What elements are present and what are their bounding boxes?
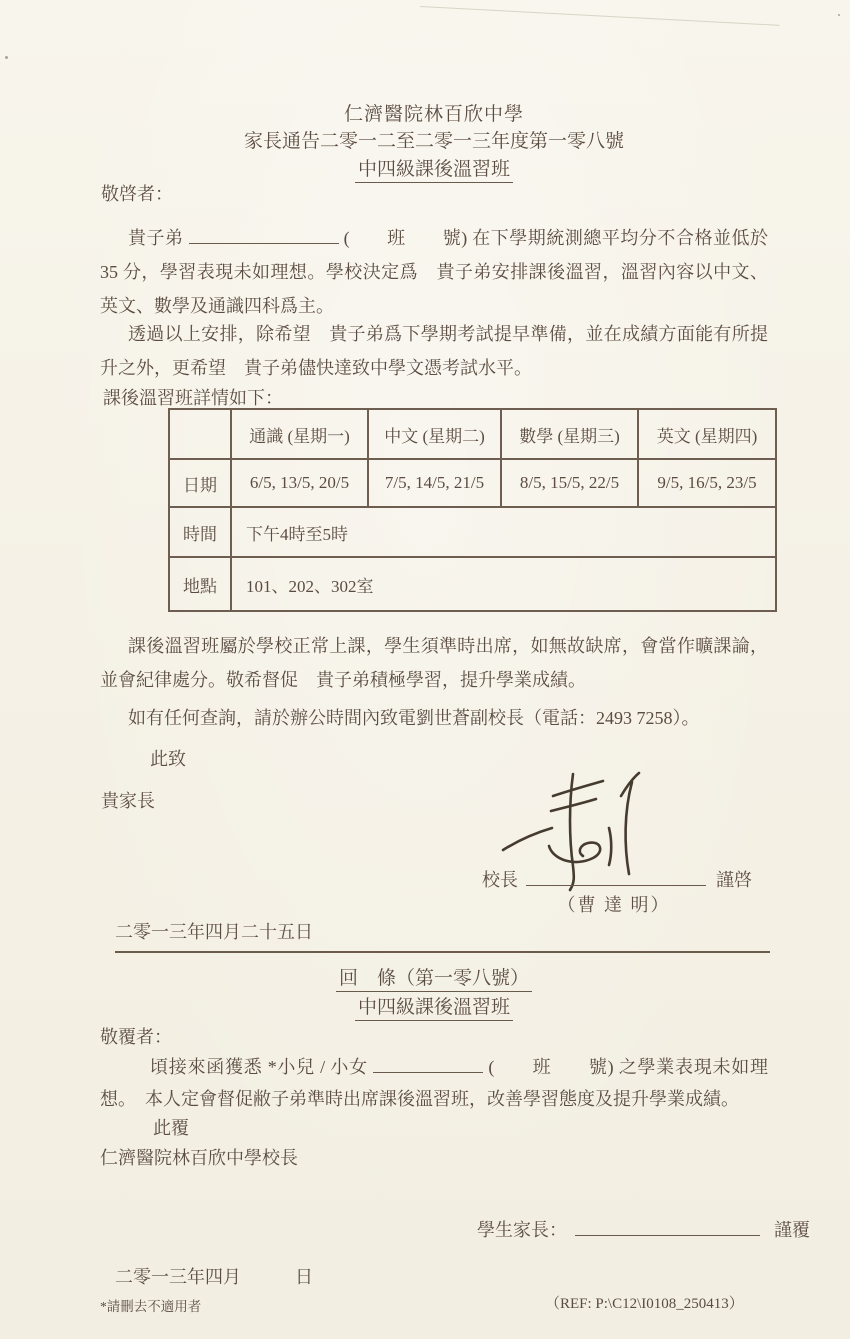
table-corner-cell xyxy=(169,409,231,459)
reply-closing-principal: 仁濟醫院林百欣中學校長 xyxy=(100,1144,298,1170)
scan-crease xyxy=(420,6,780,26)
parent-label: 學生家長： xyxy=(477,1220,567,1240)
table-intro: 課後溫習班詳情如下： xyxy=(103,384,283,410)
parent-signature-blank xyxy=(575,1217,760,1236)
table-header-row: 通識 (星期一) 中文 (星期二) 數學 (星期三) 英文 (星期四) xyxy=(169,409,776,459)
reply-salutation: 敬覆者： xyxy=(100,1023,172,1049)
reply-slip-title-text: 回 條（第一零八號） xyxy=(336,968,532,992)
letter-closing-cizhi: 此致 xyxy=(150,745,186,771)
schedule-table: 通識 (星期一) 中文 (星期二) 數學 (星期三) 英文 (星期四) 日期 6… xyxy=(168,408,777,612)
parent-closing: 謹覆 xyxy=(774,1220,810,1240)
table-row-venue: 地點 101、202、302室 xyxy=(169,557,776,611)
principal-closing: 謹啓 xyxy=(716,870,752,890)
row-label-time: 時間 xyxy=(169,507,231,557)
dates-maths: 8/5, 15/5, 22/5 xyxy=(501,459,638,507)
notice-title-text: 中四級課後溫習班 xyxy=(355,159,513,183)
venue-value: 101、202、302室 xyxy=(231,557,776,611)
scan-speck xyxy=(5,56,8,59)
header-liberal-studies: 通識 (星期一) xyxy=(231,409,368,459)
delete-inapplicable-footnote: *請刪去不適用者 xyxy=(100,1295,201,1315)
time-value: 下午4時至5時 xyxy=(231,507,776,557)
table-row-time: 時間 下午4時至5時 xyxy=(169,507,776,557)
letter-date: 二零一三年四月二十五日 xyxy=(115,918,313,944)
reply-closing-cifu: 此覆 xyxy=(153,1114,189,1140)
dates-chinese: 7/5, 14/5, 21/5 xyxy=(368,459,501,507)
header-chinese: 中文 (星期二) xyxy=(368,409,501,459)
student-name-blank xyxy=(189,225,339,244)
para1-lead: 貴子弟 xyxy=(128,228,184,248)
letter-paragraph-2: 透過以上安排，除希望 貴子弟爲下學期考試提早準備，並在成績方面能有所提升之外，更… xyxy=(100,317,768,385)
reply-slip-subtitle-text: 中四級課後溫習班 xyxy=(355,997,513,1021)
letter-salutation: 敬啓者： xyxy=(101,180,173,206)
principal-name: （曹 達 明） xyxy=(524,891,704,917)
parent-sign-row: 學生家長：謹覆 xyxy=(477,1216,810,1242)
letter-paragraph-4: 如有任何查詢，請於辦公時間內致電劉世蒼副校長（電話：2493 7258）。 xyxy=(100,701,768,735)
reply-slip-title: 回 條（第一零八號） xyxy=(100,963,768,990)
row-label-venue: 地點 xyxy=(169,557,231,611)
dates-english: 9/5, 16/5, 23/5 xyxy=(638,459,776,507)
reply-para-lead: 頃接來函獲悉 *小兒 / 小女 xyxy=(150,1057,368,1077)
notice-number: 家長通告二零一二至二零一三年度第一零八號 xyxy=(100,126,768,153)
letter-paragraph-3: 課後溫習班屬於學校正常上課，學生須準時出席，如無故缺席，會當作曠課論，並會紀律處… xyxy=(100,629,768,697)
dates-liberal-studies: 6/5, 13/5, 20/5 xyxy=(231,459,368,507)
header-maths: 數學 (星期三) xyxy=(501,409,638,459)
scanned-notice-page: 仁濟醫院林百欣中學 家長通告二零一二至二零一三年度第一零八號 中四級課後溫習班 … xyxy=(0,0,850,1339)
reply-paragraph: 頃接來函獲悉 *小兒 / 小女 ( 班 號) 之學業表現未如理想。 本人定會督促… xyxy=(100,1051,768,1115)
reply-date: 二零一三年四月 日 xyxy=(115,1263,313,1289)
letter-closing-parents: 貴家長 xyxy=(101,787,155,813)
school-name: 仁濟醫院林百欣中學 xyxy=(100,99,768,126)
reply-student-name-blank xyxy=(373,1054,483,1073)
letter-paragraph-1: 貴子弟 ( 班 號) 在下學期統測總平均分不合格並低於 35 分，學習表現未如理… xyxy=(100,221,768,323)
principal-signature-blank xyxy=(526,867,706,886)
reply-slip-subtitle: 中四級課後溫習班 xyxy=(100,992,768,1019)
scan-speck xyxy=(838,14,840,16)
header-english: 英文 (星期四) xyxy=(638,409,776,459)
table-row-dates: 日期 6/5, 13/5, 20/5 7/5, 14/5, 21/5 8/5, … xyxy=(169,459,776,507)
row-label-date: 日期 xyxy=(169,459,231,507)
file-reference: （REF: P:\C12\I0108_250413） xyxy=(545,1292,744,1313)
principal-label: 校長 xyxy=(482,870,518,890)
section-divider xyxy=(115,951,770,953)
notice-title: 中四級課後溫習班 xyxy=(100,154,768,181)
principal-sign-row: 校長謹啓 xyxy=(482,866,752,892)
